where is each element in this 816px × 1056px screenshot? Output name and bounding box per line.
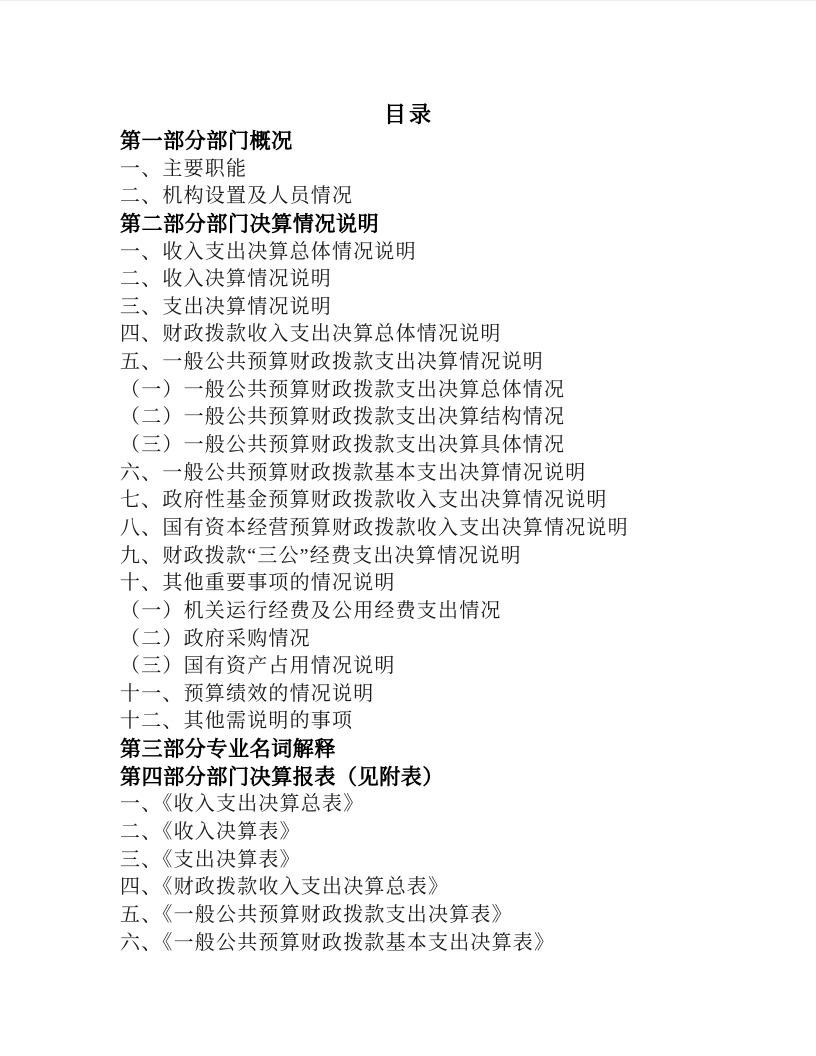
toc-subitem: （三）国有资产占用情况说明 bbox=[120, 653, 698, 681]
toc-item: 四、财政拨款收入支出决算总体情况说明 bbox=[120, 321, 698, 349]
document-page: 目录 第一部分部门概况 一、主要职能 二、机构设置及人员情况 第二部分部门决算情… bbox=[0, 0, 816, 1056]
toc-subitem: （一）一般公共预算财政拨款支出决算总体情况 bbox=[120, 377, 698, 405]
toc-item: 二、机构设置及人员情况 bbox=[120, 183, 698, 211]
toc-subitem: （二）政府采购情况 bbox=[120, 626, 698, 654]
toc-item: 二、收入决算情况说明 bbox=[120, 266, 698, 294]
toc-item: 六、一般公共预算财政拨款基本支出决算情况说明 bbox=[120, 460, 698, 488]
toc-item: 十二、其他需说明的事项 bbox=[120, 708, 698, 736]
toc-item: 七、政府性基金预算财政拨款收入支出决算情况说明 bbox=[120, 487, 698, 515]
toc-subitem: （二）一般公共预算财政拨款支出决算结构情况 bbox=[120, 404, 698, 432]
toc-item: 五、《一般公共预算财政拨款支出决算表》 bbox=[120, 902, 698, 930]
toc-item: 十、其他重要事项的情况说明 bbox=[120, 570, 698, 598]
toc-item: 五、一般公共预算财政拨款支出决算情况说明 bbox=[120, 349, 698, 377]
toc-item: 八、国有资本经营预算财政拨款收入支出决算情况说明 bbox=[120, 515, 698, 543]
toc-section-heading-part3: 第三部分专业名词解释 bbox=[120, 736, 698, 764]
toc-item: 三、支出决算情况说明 bbox=[120, 294, 698, 322]
page-title: 目录 bbox=[120, 102, 698, 128]
toc-content: 目录 第一部分部门概况 一、主要职能 二、机构设置及人员情况 第二部分部门决算情… bbox=[120, 102, 698, 957]
toc-item: 二、《收入决算表》 bbox=[120, 819, 698, 847]
toc-item: 四、《财政拨款收入支出决算总表》 bbox=[120, 874, 698, 902]
toc-subitem: （一）机关运行经费及公用经费支出情况 bbox=[120, 598, 698, 626]
toc-item: 六、《一般公共预算财政拨款基本支出决算表》 bbox=[120, 930, 698, 958]
toc-item: 九、财政拨款“三公”经费支出决算情况说明 bbox=[120, 543, 698, 571]
toc-item: 一、《收入支出决算总表》 bbox=[120, 791, 698, 819]
toc-subitem: （三）一般公共预算财政拨款支出决算具体情况 bbox=[120, 432, 698, 460]
toc-item: 十一、预算绩效的情况说明 bbox=[120, 681, 698, 709]
toc-item: 三、《支出决算表》 bbox=[120, 847, 698, 875]
toc-item: 一、收入支出决算总体情况说明 bbox=[120, 239, 698, 267]
toc-section-heading-part2: 第二部分部门决算情况说明 bbox=[120, 211, 698, 239]
toc-section-heading-part4: 第四部分部门决算报表（见附表） bbox=[120, 764, 698, 792]
toc-item: 一、主要职能 bbox=[120, 156, 698, 184]
toc-section-heading-part1: 第一部分部门概况 bbox=[120, 128, 698, 156]
